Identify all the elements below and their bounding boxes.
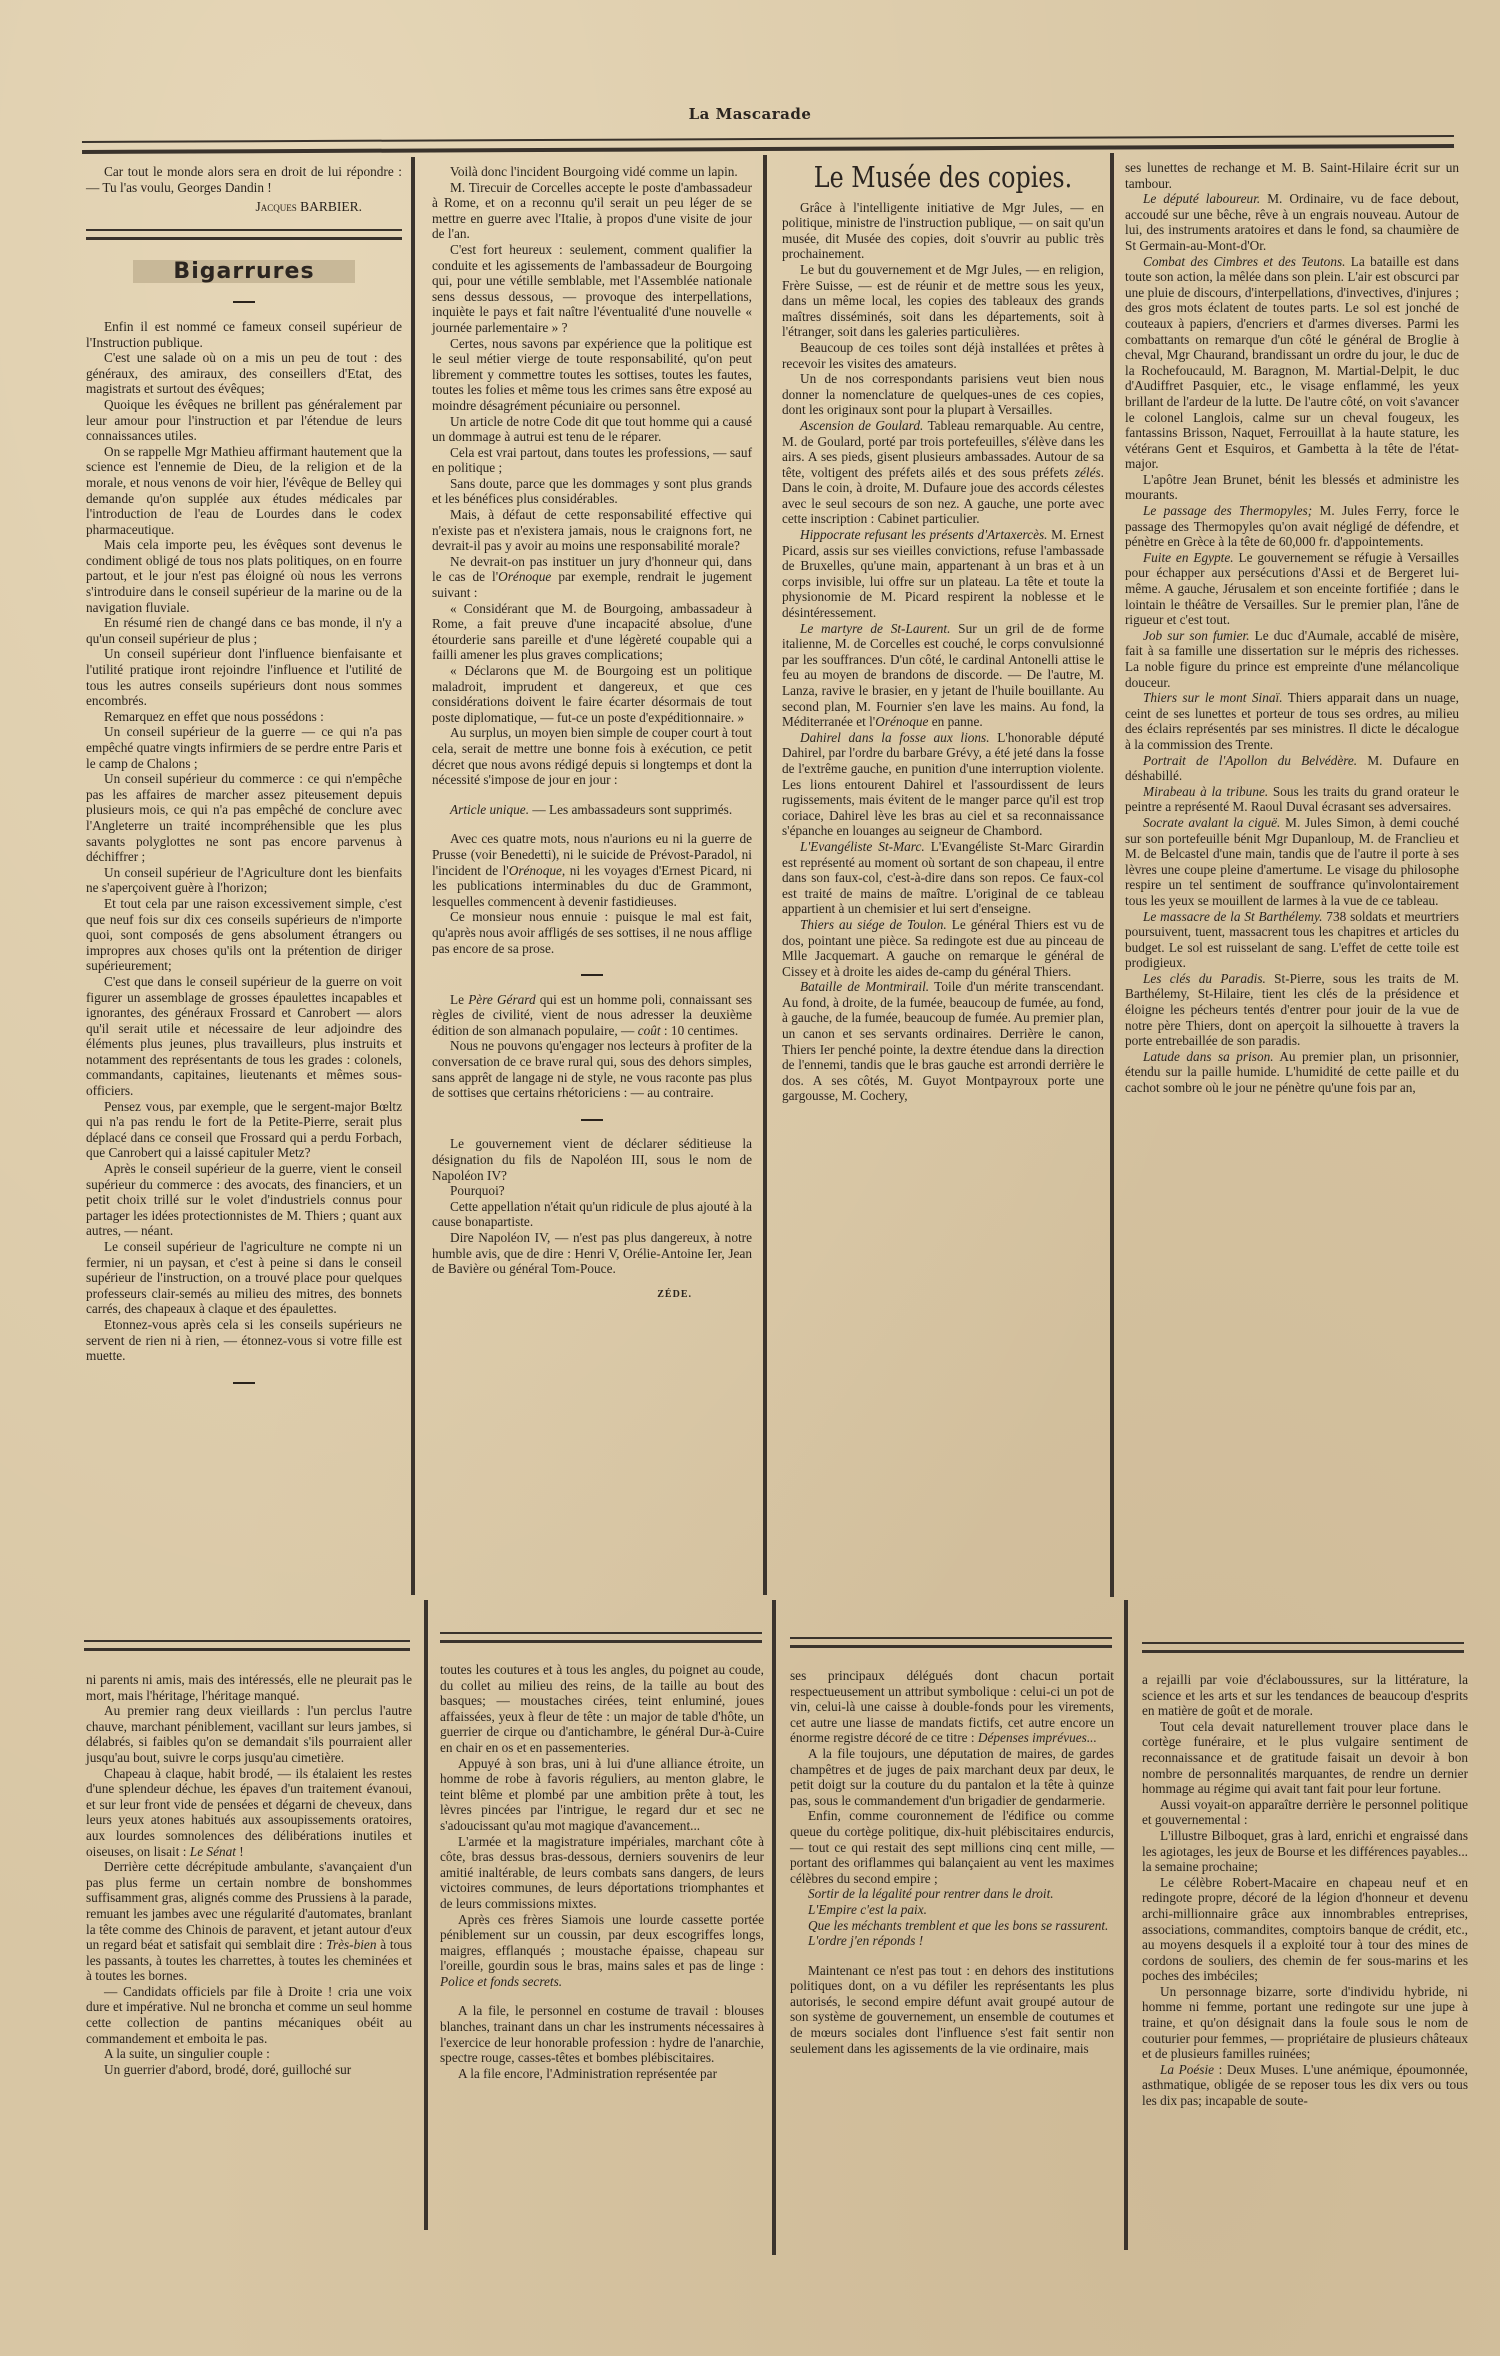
paragraph: Dire Napoléon IV, — n'est pas plus dange… xyxy=(432,1230,752,1277)
paragraph: L'apôtre Jean Brunet, bénit les blessés … xyxy=(1125,472,1459,503)
text-run: A la file encore, l'Administration repré… xyxy=(458,2066,717,2081)
paragraph: Sans doute, parce que les dommages y son… xyxy=(432,476,752,507)
text-run: Quoique les évêques ne brillent pas géné… xyxy=(86,397,402,443)
paragraph: Avec ces quatre mots, nous n'aurions eu … xyxy=(432,831,752,909)
paragraph: Job sur son fumier. Le duc d'Aumale, acc… xyxy=(1125,628,1459,690)
spacer xyxy=(440,1989,764,2003)
paragraph: Article unique. — Les ambassadeurs sont … xyxy=(432,802,752,818)
text-run: Après le conseil supérieur de la guerre,… xyxy=(86,1161,402,1238)
italic-text: Police et fonds secrets. xyxy=(440,1974,562,1989)
column-divider xyxy=(772,1600,776,2255)
text-run: L'apôtre Jean Brunet, bénit les blessés … xyxy=(1125,472,1459,503)
text-run: ses lunettes de rechange et M. B. Saint-… xyxy=(1125,160,1459,191)
italic-text: Le député laboureur. xyxy=(1143,191,1260,206)
page-masthead: La Mascarade xyxy=(0,105,1500,123)
italic-text: Orénoque xyxy=(509,863,562,878)
paragraph: Le massacre de la St Barthélemy. 738 sol… xyxy=(1125,909,1459,971)
paragraph: C'est fort heureux : seulement, comment … xyxy=(432,242,752,336)
text-run: En résumé rien de changé dans ce bas mon… xyxy=(86,615,402,646)
text-run: Pourquoi? xyxy=(450,1183,505,1198)
paragraph: ni parents ni amis, mais des intéressés,… xyxy=(86,1672,412,1703)
separator-dash xyxy=(86,1374,402,1390)
italic-text: Portrait de l'Apollon du Belvédère. xyxy=(1143,753,1357,768)
text-run: : 10 centimes. xyxy=(661,1023,739,1038)
text-run: Sur un gril de de forme italienne, M. de… xyxy=(782,621,1104,730)
text-run: Le célèbre Robert-Macaire en chapeau neu… xyxy=(1142,1875,1468,1984)
column-cortege-1: ni parents ni amis, mais des intéressés,… xyxy=(86,1672,412,2077)
spacer xyxy=(790,1949,1114,1963)
text-run: Appuyé à son bras, uni à lui d'une allia… xyxy=(440,1756,764,1833)
paragraph: Le but du gouvernement et de Mgr Jules, … xyxy=(782,262,1104,340)
paragraph: Combat des Cimbres et des Teutons. La ba… xyxy=(1125,254,1459,472)
column-cortege-3: ses principaux délégués dont chacun port… xyxy=(790,1668,1114,2056)
paragraph: — Candidats officiels par file à Droite … xyxy=(86,1984,412,2046)
text-run: Le xyxy=(450,992,468,1007)
paragraph: Enfin il est nommé ce fameux conseil sup… xyxy=(86,319,402,350)
column-divider xyxy=(411,157,415,1595)
paragraph: Car tout le monde alors sera en droit de… xyxy=(86,164,402,195)
italic-text: Latude dans sa prison. xyxy=(1143,1049,1274,1064)
text-run: Etonnez-vous après cela si les conseils … xyxy=(86,1317,402,1363)
paragraph: Grâce à l'intelligente initiative de Mgr… xyxy=(782,200,1104,262)
paragraph: Dahirel dans la fosse aux lions. L'honor… xyxy=(782,730,1104,839)
paragraph: Le célèbre Robert-Macaire en chapeau neu… xyxy=(1142,1875,1468,1984)
dash-mark xyxy=(233,301,255,303)
column-bourgoing: Voilà donc l'incident Bourgoing vidé com… xyxy=(432,164,752,1302)
italic-text: Le Sénat xyxy=(190,1844,236,1859)
newspaper-page: La Mascarade Car tout le monde alors ser… xyxy=(0,0,1500,2356)
spacer xyxy=(432,788,752,802)
paragraph: Etonnez-vous après cela si les conseils … xyxy=(86,1317,402,1364)
italic-text: Mirabeau à la tribune. xyxy=(1143,784,1268,799)
header-rule xyxy=(82,135,1454,154)
italic-text: Sortir de la légalité pour rentrer dans … xyxy=(808,1886,1054,1901)
text-run: On se rappelle Mgr Mathieu affirmant hau… xyxy=(86,444,402,537)
paragraph: Latude dans sa prison. Au premier plan, … xyxy=(1125,1049,1459,1096)
separator-dash xyxy=(86,293,402,309)
paragraph: Socrate avalant la ciguë. M. Jules Simon… xyxy=(1125,815,1459,909)
column-musee-continued: ses lunettes de rechange et M. B. Saint-… xyxy=(1125,160,1459,1096)
paragraph: « Déclarons que M. de Bourgoing est un p… xyxy=(432,663,752,725)
text-run: C'est que dans le conseil supérieur de l… xyxy=(86,974,402,1098)
paragraph: Chapeau à claque, habit brodé, — ils éta… xyxy=(86,1766,412,1860)
text-run: Un de nos correspondants parisiens veut … xyxy=(782,371,1104,417)
paragraph: Bataille de Montmirail. Toile d'un mérit… xyxy=(782,979,1104,1104)
column-cortege-2: toutes les coutures et à tous les angles… xyxy=(440,1662,764,2081)
paragraph: On se rappelle Mgr Mathieu affirmant hau… xyxy=(86,444,402,538)
italic-text: Hippocrate refusant les présents d'Artax… xyxy=(800,527,1047,542)
section-rule xyxy=(86,229,402,240)
paragraph: A la file encore, l'Administration repré… xyxy=(440,2066,764,2082)
italic-text: L'Empire c'est la paix. xyxy=(808,1902,927,1917)
text-run: A la file toujours, une députation de ma… xyxy=(790,1746,1114,1808)
italic-text: Les clés du Paradis. xyxy=(1143,971,1266,986)
paragraph: Ne devrait-on pas instituer un jury d'ho… xyxy=(432,554,752,601)
paragraph: L'Empire c'est la paix. xyxy=(790,1902,1114,1918)
italic-text: L'ordre j'en réponds ! xyxy=(808,1933,923,1948)
paragraph: A la file, le personnel en costume de tr… xyxy=(440,2003,764,2065)
text-run: Un conseil supérieur dont l'influence bi… xyxy=(86,646,402,708)
paragraph: Au surplus, un moyen bien simple de coup… xyxy=(432,725,752,787)
text-run: Dire Napoléon IV, — n'est pas plus dange… xyxy=(432,1230,752,1276)
text-run: Le but du gouvernement et de Mgr Jules, … xyxy=(782,262,1104,339)
paragraph: Certes, nous savons par expérience que l… xyxy=(432,336,752,414)
dash-mark xyxy=(581,974,603,976)
italic-text: Fuite en Egypte. xyxy=(1143,550,1234,565)
text-run: Un conseil supérieur de l'Agriculture do… xyxy=(86,865,402,896)
paragraph: Beaucoup de ces toiles sont déjà install… xyxy=(782,340,1104,371)
paragraph: « Considérant que M. de Bourgoing, ambas… xyxy=(432,601,752,663)
paragraph: Un conseil supérieur de la guerre — ce q… xyxy=(86,724,402,771)
column-divider xyxy=(424,1600,428,2230)
column-cortege-4: a rejailli par voie d'éclaboussures, sur… xyxy=(1142,1672,1468,2109)
text-run: Sans doute, parce que les dommages y son… xyxy=(432,476,752,507)
text-run: Certes, nous savons par expérience que l… xyxy=(432,336,752,413)
section-rule xyxy=(84,1640,410,1651)
paragraph: Après ces frères Siamois une lourde cass… xyxy=(440,1912,764,1990)
text-run: Aussi voyait-on apparaître derrière le p… xyxy=(1142,1797,1468,1828)
paragraph: Derrière cette décrépitude ambulante, s'… xyxy=(86,1859,412,1984)
paragraph: A la file toujours, une députation de ma… xyxy=(790,1746,1114,1808)
italic-text: Père Gérard xyxy=(468,992,535,1007)
text-run: Un conseil supérieur de la guerre — ce q… xyxy=(86,724,402,770)
paragraph: Le gouvernement vient de déclarer séditi… xyxy=(432,1136,752,1183)
paragraph: Mirabeau à la tribune. Sous les traits d… xyxy=(1125,784,1459,815)
text-run: Le gouvernement vient de déclarer séditi… xyxy=(432,1136,752,1182)
text-run: Après ces frères Siamois une lourde cass… xyxy=(440,1912,764,1974)
column-divider xyxy=(1110,153,1114,1597)
paragraph: a rejailli par voie d'éclaboussures, sur… xyxy=(1142,1672,1468,1719)
paragraph: ses lunettes de rechange et M. B. Saint-… xyxy=(1125,160,1459,191)
text-run: C'est une salade où on a mis un peu de t… xyxy=(86,350,402,396)
text-run: Maintenant ce n'est pas tout : en dehors… xyxy=(790,1963,1114,2056)
paragraph: Sortir de la légalité pour rentrer dans … xyxy=(790,1886,1114,1902)
italic-text: Dépenses imprévues... xyxy=(978,1730,1097,1745)
text-run: Nous ne pouvons qu'engager nos lecteurs … xyxy=(432,1038,752,1100)
paragraph: Cela est vrai partout, dans toutes les p… xyxy=(432,445,752,476)
paragraph: Et tout cela par une raison excessivemen… xyxy=(86,896,402,974)
italic-text: Socrate avalant la ciguë. xyxy=(1143,815,1280,830)
text-run: Cela est vrai partout, dans toutes les p… xyxy=(432,445,752,476)
text-run: Un guerrier d'abord, brodé, doré, guillo… xyxy=(104,2062,351,2077)
spacer xyxy=(432,817,752,831)
text-run: Le conseil supérieur de l'agriculture ne… xyxy=(86,1239,402,1316)
paragraph: toutes les coutures et à tous les angles… xyxy=(440,1662,764,1756)
column-divider xyxy=(763,155,767,1595)
italic-text: Job sur son fumier. xyxy=(1143,628,1250,643)
italic-text: Thiers sur le mont Sinaï. xyxy=(1143,690,1283,705)
paragraph: Un conseil supérieur de l'Agriculture do… xyxy=(86,865,402,896)
paragraph: Thiers au siége de Toulon. Le général Th… xyxy=(782,917,1104,979)
italic-text: Le massacre de la St Barthélemy. xyxy=(1143,909,1322,924)
section-title-text: Bigarrures xyxy=(133,260,354,284)
author-signature: Jacques BARBIER. xyxy=(86,199,362,215)
author-signature: ZÉDE. xyxy=(432,1287,692,1303)
text-run: Au premier rang deux vieillards : l'un p… xyxy=(86,1703,412,1765)
column-musee-des-copies: Le Musée des copies.Grâce à l'intelligen… xyxy=(782,160,1104,1104)
paragraph: M. Tirecuir de Corcelles accepte le post… xyxy=(432,180,752,242)
paragraph: Ce monsieur nous ennuie : puisque le mal… xyxy=(432,909,752,956)
paragraph: Hippocrate refusant les présents d'Artax… xyxy=(782,527,1104,621)
paragraph: A la suite, un singulier couple : xyxy=(86,2046,412,2062)
italic-text: Que les méchants tremblent et que les bo… xyxy=(808,1918,1108,1933)
text-run: Un conseil supérieur du commerce : ce qu… xyxy=(86,771,402,864)
paragraph: Fuite en Egypte. Le gouvernement se réfu… xyxy=(1125,550,1459,628)
dash-mark xyxy=(581,1119,603,1121)
paragraph: L'armée et la magistrature impériales, m… xyxy=(440,1834,764,1912)
paragraph: Appuyé à son bras, uni à lui d'une allia… xyxy=(440,1756,764,1834)
text-run: Voilà donc l'incident Bourgoing vidé com… xyxy=(450,164,738,179)
italic-text: Le passage des Thermopyles; xyxy=(1143,503,1312,518)
section-title: Bigarrures xyxy=(86,260,402,284)
paragraph: Pourquoi? xyxy=(432,1183,752,1199)
column-divider xyxy=(1124,1600,1128,2250)
text-run: — Candidats officiels par file à Droite … xyxy=(86,1984,412,2046)
text-run: Enfin il est nommé ce fameux conseil sup… xyxy=(86,319,402,350)
paragraph: C'est que dans le conseil supérieur de l… xyxy=(86,974,402,1099)
text-run: Mais, à défaut de cette responsabilité e… xyxy=(432,507,752,553)
text-run: Pensez vous, par exemple, que le sergent… xyxy=(86,1099,402,1161)
paragraph: Au premier rang deux vieillards : l'un p… xyxy=(86,1703,412,1765)
italic-text: Bataille de Montmirail. xyxy=(800,979,929,994)
text-run: Et tout cela par une raison excessivemen… xyxy=(86,896,402,973)
text-run: Ce monsieur nous ennuie : puisque le mal… xyxy=(432,909,752,955)
italic-text: La Poésie xyxy=(1160,2062,1214,2077)
text-run: Remarquez en effet que nous possédons : xyxy=(104,709,324,724)
paragraph: Mais cela importe peu, les évêques sont … xyxy=(86,537,402,615)
text-run: Mais cela importe peu, les évêques sont … xyxy=(86,537,402,614)
text-run: toutes les coutures et à tous les angles… xyxy=(440,1662,764,1755)
paragraph: Le Père Gérard qui est un homme poli, co… xyxy=(432,992,752,1039)
section-rule xyxy=(440,1632,762,1643)
paragraph: Un guerrier d'abord, brodé, doré, guillo… xyxy=(86,2062,412,2078)
paragraph: Aussi voyait-on apparaître derrière le p… xyxy=(1142,1797,1468,1828)
paragraph: Tout cela devait naturellement trouver p… xyxy=(1142,1719,1468,1797)
paragraph: L'illustre Bilboquet, gras à lard, enric… xyxy=(1142,1828,1468,1875)
section-rule xyxy=(790,1637,1112,1648)
paragraph: Que les méchants tremblent et que les bo… xyxy=(790,1918,1114,1934)
text-run: A la file, le personnel en costume de tr… xyxy=(440,2003,764,2065)
text-run: Enfin, comme couronnement de l'édifice o… xyxy=(790,1808,1114,1885)
article-title: Le Musée des copies. xyxy=(811,170,1075,186)
paragraph: Un article de notre Code dit que tout ho… xyxy=(432,414,752,445)
italic-text: L'Evangéliste St-Marc. xyxy=(800,839,925,854)
italic-text: Très-bien xyxy=(326,1937,376,1952)
text-run: Cette appellation n'était qu'un ridicule… xyxy=(432,1199,752,1230)
section-rule xyxy=(1142,1642,1464,1653)
dash-mark xyxy=(233,1382,255,1384)
paragraph: Quoique les évêques ne brillent pas géné… xyxy=(86,397,402,444)
italic-text: Orénoque xyxy=(875,714,928,729)
text-run: Un article de notre Code dit que tout ho… xyxy=(432,414,752,445)
paragraph: Mais, à défaut de cette responsabilité e… xyxy=(432,507,752,554)
text-run: « Considérant que M. de Bourgoing, ambas… xyxy=(432,601,752,663)
paragraph: Thiers sur le mont Sinaï. Thiers apparai… xyxy=(1125,690,1459,752)
paragraph: Cette appellation n'était qu'un ridicule… xyxy=(432,1199,752,1230)
text-run: Au surplus, un moyen bien simple de coup… xyxy=(432,725,752,787)
text-run: Chapeau à claque, habit brodé, — ils éta… xyxy=(86,1766,412,1859)
paragraph: Maintenant ce n'est pas tout : en dehors… xyxy=(790,1963,1114,2057)
italic-text: Ascension de Goulard. xyxy=(800,418,923,433)
text-run: Grâce à l'intelligente initiative de Mgr… xyxy=(782,200,1104,262)
text-run: — Les ambassadeurs sont supprimés. xyxy=(529,802,732,817)
text-run: Tout cela devait naturellement trouver p… xyxy=(1142,1719,1468,1796)
text-run: L'illustre Bilboquet, gras à lard, enric… xyxy=(1142,1828,1468,1874)
paragraph: Portrait de l'Apollon du Belvédère. M. D… xyxy=(1125,753,1459,784)
italic-text: Orénoque xyxy=(498,569,551,584)
paragraph: L'Evangéliste St-Marc. L'Evangéliste St-… xyxy=(782,839,1104,917)
paragraph: Nous ne pouvons qu'engager nos lecteurs … xyxy=(432,1038,752,1100)
italic-text: Le martyre de St-Laurent. xyxy=(800,621,950,636)
text-run: La bataille est dans toute son action, l… xyxy=(1125,254,1459,472)
paragraph: Après le conseil supérieur de la guerre,… xyxy=(86,1161,402,1239)
paragraph: En résumé rien de changé dans ce bas mon… xyxy=(86,615,402,646)
paragraph: ses principaux délégués dont chacun port… xyxy=(790,1668,1114,1746)
paragraph: Pensez vous, par exemple, que le sergent… xyxy=(86,1099,402,1161)
text-run: Un personnage bizarre, sorte d'individu … xyxy=(1142,1984,1468,2061)
paragraph: Enfin, comme couronnement de l'édifice o… xyxy=(790,1808,1114,1886)
column-bigarrures: Car tout le monde alors sera en droit de… xyxy=(86,164,402,1399)
paragraph: Voilà donc l'incident Bourgoing vidé com… xyxy=(432,164,752,180)
paragraph: Un conseil supérieur du commerce : ce qu… xyxy=(86,771,402,865)
paragraph: La Poésie : Deux Muses. L'une anémique, … xyxy=(1142,2062,1468,2109)
text-run: a rejailli par voie d'éclaboussures, sur… xyxy=(1142,1672,1468,1718)
text-run: L'armée et la magistrature impériales, m… xyxy=(440,1834,764,1911)
italic-text: zélés xyxy=(1075,465,1101,480)
separator-dash xyxy=(432,966,752,982)
paragraph: Le martyre de St-Laurent. Sur un gril de… xyxy=(782,621,1104,730)
separator-dash xyxy=(432,1111,752,1127)
text-run: Toile d'un mérite transcendant. Au fond,… xyxy=(782,979,1104,1103)
paragraph: Un conseil supérieur dont l'influence bi… xyxy=(86,646,402,708)
text-run: A la suite, un singulier couple : xyxy=(104,2046,270,2061)
paragraph: Le député laboureur. M. Ordinaire, vu de… xyxy=(1125,191,1459,253)
italic-text: coût xyxy=(638,1023,661,1038)
text-run: L'honorable député Dahirel, par l'ordre … xyxy=(782,730,1104,839)
paragraph: L'ordre j'en réponds ! xyxy=(790,1933,1114,1949)
paragraph: C'est une salade où on a mis un peu de t… xyxy=(86,350,402,397)
text-run: « Déclarons que M. de Bourgoing est un p… xyxy=(432,663,752,725)
italic-text: Thiers au siége de Toulon. xyxy=(800,917,947,932)
text-run: C'est fort heureux : seulement, comment … xyxy=(432,242,752,335)
text-run: en panne. xyxy=(928,714,982,729)
italic-text: Combat des Cimbres et des Teutons. xyxy=(1143,254,1345,269)
text-run: ! xyxy=(236,1844,244,1859)
text-run: Car tout le monde alors sera en droit de… xyxy=(86,164,402,195)
paragraph: Les clés du Paradis. St-Pierre, sous les… xyxy=(1125,971,1459,1049)
italic-text: Article unique. xyxy=(450,802,529,817)
text-run: Beaucoup de ces toiles sont déjà install… xyxy=(782,340,1104,371)
italic-text: Dahirel dans la fosse aux lions. xyxy=(800,730,990,745)
paragraph: Le passage des Thermopyles; M. Jules Fer… xyxy=(1125,503,1459,550)
paragraph: Un de nos correspondants parisiens veut … xyxy=(782,371,1104,418)
paragraph: Ascension de Goulard. Tableau remarquabl… xyxy=(782,418,1104,527)
text-run: M. Tirecuir de Corcelles accepte le post… xyxy=(432,180,752,242)
paragraph: Un personnage bizarre, sorte d'individu … xyxy=(1142,1984,1468,2062)
text-run: ni parents ni amis, mais des intéressés,… xyxy=(86,1672,412,1703)
paragraph: Le conseil supérieur de l'agriculture ne… xyxy=(86,1239,402,1317)
paragraph: Remarquez en effet que nous possédons : xyxy=(86,709,402,725)
